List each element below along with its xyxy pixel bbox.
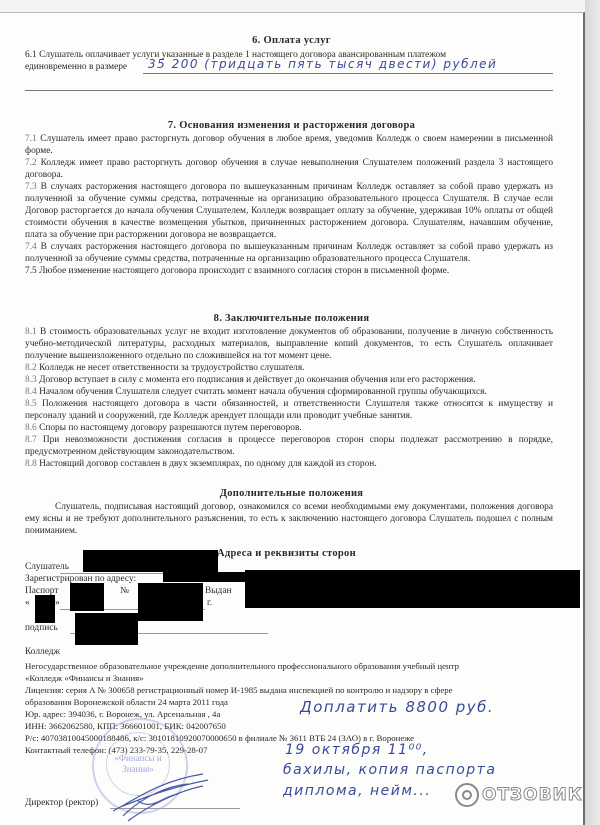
scan-edge bbox=[585, 0, 600, 825]
year-suffix: г. bbox=[207, 597, 212, 609]
clause-8-2: 8.2 Колледж не несет ответственности за … bbox=[25, 362, 553, 374]
college-name-line1: Негосударственное образовательное учрежд… bbox=[25, 660, 585, 672]
student-label: Слушатель bbox=[25, 561, 69, 573]
signature-label: подпись bbox=[25, 622, 58, 634]
amount-underline bbox=[143, 73, 553, 74]
date-quote-open: « bbox=[25, 597, 30, 609]
clause-7-1: 7.1 Слушатель имеет право расторгнуть до… bbox=[25, 133, 553, 157]
redaction-passport-series bbox=[70, 583, 104, 611]
additional-text: Слушатель, подписывая настоящий договор,… bbox=[25, 501, 553, 537]
note-pay-extra: Доплатить 8800 руб. bbox=[300, 698, 494, 716]
college-legal-address: Юр. адрес: 394036, г. Воронеж, ул. Арсен… bbox=[25, 708, 220, 720]
clause-8-4: 8.4 Началом обучения Слушателя следует с… bbox=[25, 386, 553, 398]
clause-6-1-label: единовременно в размере bbox=[25, 61, 127, 73]
clause-8-7: 8.7 При невозможности достижения согласи… bbox=[25, 434, 553, 458]
watermark-text: ОТЗОВИК bbox=[482, 785, 583, 805]
otzovik-logo-icon bbox=[455, 783, 479, 807]
section-6-title: 6. Оплата услуг bbox=[0, 35, 583, 46]
note-items: бахилы, копия паспорта bbox=[283, 762, 496, 778]
clause-7-4: 7.4 В случаях расторжения настоящего дог… bbox=[25, 241, 553, 265]
license-line2: образования Воронежской области 24 марта… bbox=[25, 696, 228, 708]
clause-8-3: 8.3 Договор вступает в силу с момента ег… bbox=[25, 374, 553, 386]
payment-amount-handwritten: 35 200 (тридцать пять тысяч двести) рубл… bbox=[148, 57, 497, 71]
college-label: Колледж bbox=[25, 646, 60, 658]
director-label: Директор (ректор) bbox=[25, 797, 98, 809]
issued-label: Выдан bbox=[205, 585, 232, 597]
redaction-phone bbox=[352, 595, 580, 607]
note-date: 19 октября 11⁰⁰, bbox=[285, 742, 429, 758]
date-quote-close: » bbox=[55, 597, 60, 609]
redaction-signature bbox=[75, 613, 138, 645]
section-7-title: 7. Основания изменения и расторжения дог… bbox=[0, 120, 583, 131]
note-documents: диплома, нейм... bbox=[283, 783, 431, 799]
clause-8-8: 8.8 Настоящий договор составлен в двух э… bbox=[25, 458, 553, 470]
section-8-title: 8. Заключительные положения bbox=[0, 313, 583, 324]
section-8-clauses: 8.1 В стоимость образовательных услуг не… bbox=[25, 326, 553, 470]
parties-title: Адреса и реквизиты сторон bbox=[217, 548, 356, 559]
section-7-clauses: 7.1 Слушатель имеет право расторгнуть до… bbox=[25, 133, 553, 277]
clause-8-6: 8.6 Споры по настоящему договору разреша… bbox=[25, 422, 553, 434]
redaction-passport-number bbox=[138, 583, 203, 621]
clause-8-1: 8.1 В стоимость образовательных услуг не… bbox=[25, 326, 553, 362]
clause-7-2: 7.2 Колледж имеет право расторгнуть дого… bbox=[25, 157, 553, 181]
clause-7-5: 7.5 Любое изменение настоящего договора … bbox=[25, 265, 553, 277]
director-signature bbox=[108, 766, 218, 824]
college-name-line2: «Колледж «Финансы и Знания» bbox=[25, 672, 144, 684]
passport-number-label: № bbox=[120, 585, 129, 597]
clause-8-5: 8.5 Положения настоящего договора в част… bbox=[25, 398, 553, 422]
amount-underline-2 bbox=[25, 90, 553, 91]
additional-title: Дополнительные положения bbox=[0, 488, 583, 499]
redaction-student-name bbox=[83, 550, 218, 572]
redaction-issue-day bbox=[35, 595, 55, 623]
clause-7-3: 7.3 В случаях расторжения настоящего дог… bbox=[25, 181, 553, 241]
otzovik-watermark: ОТЗОВИК bbox=[455, 783, 583, 807]
license-line1: Лицензия: серия А № 300658 регистрационн… bbox=[25, 684, 585, 696]
